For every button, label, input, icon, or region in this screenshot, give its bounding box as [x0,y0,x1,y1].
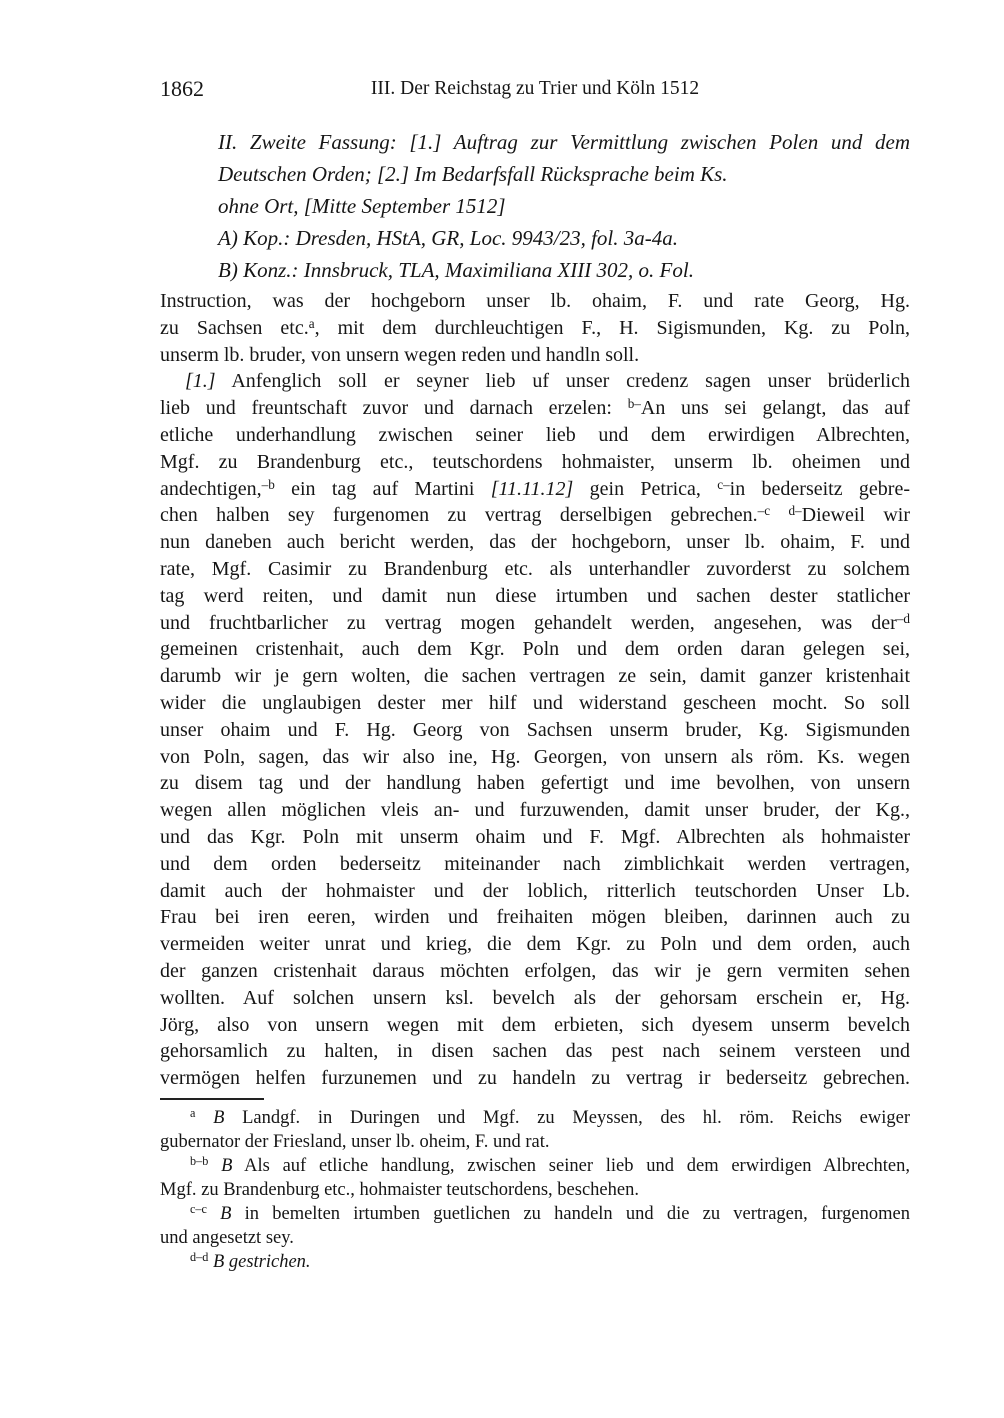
text-segment: gemeinen cristenhait, auch dem Kgr. Poln… [160,638,910,660]
text-segment [207,1204,220,1224]
text-line: unser ohaim und F. Hg. Georg von Sachsen… [160,717,910,744]
text-segment: damit auch der hohmaister und der loblic… [160,880,910,902]
text-segment: etliche underhandlung zwischen seiner li… [160,424,910,446]
apparatus-marker: –c [758,503,770,518]
text-line: Mgf. zu Brandenburg etc., hohmaister teu… [160,1178,910,1202]
text-segment: in bederseitz gebre- [730,478,910,500]
apparatus-marker: a [309,316,315,331]
text-line: gemeinen cristenhait, auch dem Kgr. Poln… [160,636,910,663]
text-block: 1862 III. Der Reichstag zu Trier und Köl… [160,0,910,1274]
text-line: tag werd reiten, und damit nun diese irt… [160,583,910,610]
italic-segment: B [221,1156,232,1176]
text-segment [195,1108,213,1128]
text-segment: An uns sei gelangt, das auf [641,397,910,419]
text-segment: gubernator der Friesland, unser lb. ohei… [160,1132,550,1152]
text-line: gubernator der Friesland, unser lb. ohei… [160,1130,910,1154]
text-line: etliche underhandlung zwischen seiner li… [160,422,910,449]
text-line: damit auch der hohmaister und der loblic… [160,878,910,905]
text-segment: Mgf. zu Brandenburg etc., hohmaister teu… [160,1180,639,1200]
text-segment: Jörg, also von unsern wegen mit dem erbi… [160,1014,910,1036]
text-segment: zu disem tag und der handlung haben gefe… [160,772,910,794]
text-line: wegen allen möglichen vleis an- und furz… [160,797,910,824]
text-line: vermeiden weiter unrat und krieg, die de… [160,931,910,958]
text-segment: gehorsamlich zu halten, in disen sachen … [160,1040,910,1062]
apparatus-marker: d– [788,503,801,518]
text-segment [208,1156,221,1176]
text-line: und dem orden bederseitz miteinander nac… [160,851,910,878]
text-segment: unser ohaim und F. Hg. Georg von Sachsen… [160,719,910,741]
source-reference-b: B) Konz.: Innsbruck, TLA, Maximiliana XI… [218,254,910,286]
text-line: vermögen helfen furzunemen und zu handel… [160,1065,910,1092]
text-segment: und das Kgr. Poln mit unserm ohaim und F… [160,826,910,848]
italic-segment: Deutschen Orden; [2.] Im Bedarfsfall Rüc… [218,162,728,186]
text-line: der ganzen cristenhait daraus möchten er… [160,958,910,985]
text-line: d–d B gestrichen. [160,1250,910,1274]
text-segment: wollten. Auf solchen unsern ksl. bevelch… [160,987,910,1009]
text-segment: und angesetzt sey. [160,1228,294,1248]
text-segment: nun daneben auch bericht werden, das der… [160,531,910,553]
text-line: lieb und freuntschaft zuvor und darnach … [160,395,910,422]
text-segment: darumb wir je gern wolten, die sachen ve… [160,665,910,687]
text-segment: ein tag auf Martini [275,478,491,500]
apparatus-marker: b–b [190,1154,208,1168]
text-segment: Dieweil wir [802,504,910,526]
text-line: nun daneben auch bericht werden, das der… [160,529,910,556]
text-line: a B Landgf. in Duringen und Mgf. zu Meys… [160,1106,910,1130]
heading-dateline: ohne Ort, [Mitte September 1512] [218,190,910,222]
text-line: und das Kgr. Poln mit unserm ohaim und F… [160,824,910,851]
text-segment: lieb und freuntschaft zuvor und darnach … [160,397,628,419]
apparatus-marker: d–d [190,1250,208,1264]
text-segment [770,504,788,526]
text-segment: chen halben sey furgenomen zu vertrag de… [160,504,758,526]
text-segment: gein Petrica, [573,478,717,500]
text-segment: Anfenglich soll er seyner lieb uf unser … [216,370,910,392]
text-segment: , mit dem durchleuchtigen F., H. Sigismu… [315,317,910,339]
document-page: 1862 III. Der Reichstag zu Trier und Köl… [0,0,1004,1418]
text-segment: und dem orden bederseitz miteinander nac… [160,853,910,875]
text-segment: in bemelten irtumben guetlichen zu hande… [231,1204,910,1224]
text-line: zu disem tag und der handlung haben gefe… [160,770,910,797]
text-line: und angesetzt sey. [160,1226,910,1250]
document-heading: II. Zweite Fassung: [1.] Auftrag zur Ver… [218,126,910,286]
running-header: 1862 III. Der Reichstag zu Trier und Köl… [160,76,910,104]
text-line: zu Sachsen etc.a, mit dem durchleuchtige… [160,315,910,342]
page-number: 1862 [160,76,204,102]
text-line: Mgf. zu Brandenburg etc., teutschordens … [160,449,910,476]
text-line: c–c B in bemelten irtumben guetlichen zu… [160,1202,910,1226]
text-line: und fruchtbarlicher zu vertrag mogen geh… [160,610,910,637]
apparatus-marker: b– [628,396,641,411]
text-line: von Poln, sagen, das wir also ine, Hg. G… [160,744,910,771]
apparatus-marker: c–c [190,1202,207,1216]
italic-segment: B [220,1204,231,1224]
apparatus-marker: –d [897,611,910,626]
italic-segment: II. Zweite Fassung: [1.] Auftrag zur Ver… [218,130,910,154]
text-line: Deutschen Orden; [2.] Im Bedarfsfall Rüc… [218,158,910,190]
text-line: chen halben sey furgenomen zu vertrag de… [160,502,910,529]
text-line: wider die unglaubigen dester mer hilf un… [160,690,910,717]
text-segment: unserm lb. bruder, von unsern wegen rede… [160,344,639,366]
text-line: Jörg, also von unsern wegen mit dem erbi… [160,1012,910,1039]
italic-segment: [11.11.12] [491,478,574,500]
text-segment: rate, Mgf. Casimir zu Brandenburg etc. a… [160,558,910,580]
text-segment: der ganzen cristenhait daraus möchten er… [160,960,910,982]
text-line: rate, Mgf. Casimir zu Brandenburg etc. a… [160,556,910,583]
text-segment: wider die unglaubigen dester mer hilf un… [160,692,910,714]
apparatus-marker: a [190,1106,195,1120]
apparatus-marker: c– [717,477,729,492]
text-segment: tag werd reiten, und damit nun diese irt… [160,585,910,607]
text-line: Instruction, was der hochgeborn unser lb… [160,288,910,315]
italic-segment: B [213,1108,224,1128]
text-segment: vermeiden weiter unrat und krieg, die de… [160,933,910,955]
italic-segment: B gestrichen. [213,1252,311,1272]
text-segment: und fruchtbarlicher zu vertrag mogen geh… [160,612,897,634]
text-line: darumb wir je gern wolten, die sachen ve… [160,663,910,690]
text-segment: andechtigen, [160,478,262,500]
italic-segment: [1.] [185,370,216,392]
text-line: gehorsamlich zu halten, in disen sachen … [160,1038,910,1065]
text-line: wollten. Auf solchen unsern ksl. bevelch… [160,985,910,1012]
text-segment: wegen allen möglichen vleis an- und furz… [160,799,910,821]
text-line: II. Zweite Fassung: [1.] Auftrag zur Ver… [218,126,910,158]
text-segment: Frau bei iren eeren, wirden und freihait… [160,906,910,928]
heading-title: II. Zweite Fassung: [1.] Auftrag zur Ver… [218,126,910,190]
running-title: III. Der Reichstag zu Trier und Köln 151… [160,76,910,102]
text-line: unserm lb. bruder, von unsern wegen rede… [160,342,910,369]
footnote-separator [160,1098,264,1100]
text-segment: Landgf. in Duringen und Mgf. zu Meyssen,… [224,1108,910,1128]
apparatus-marker: –b [262,477,275,492]
footnotes: a B Landgf. in Duringen und Mgf. zu Meys… [160,1106,910,1274]
text-segment: von Poln, sagen, das wir also ine, Hg. G… [160,746,910,768]
body-text: Instruction, was der hochgeborn unser lb… [160,288,910,1092]
text-segment: Instruction, was der hochgeborn unser lb… [160,290,910,312]
text-line: [1.] Anfenglich soll er seyner lieb uf u… [160,368,910,395]
text-segment: Als auf etliche handlung, zwischen seine… [232,1156,910,1176]
text-segment: Mgf. zu Brandenburg etc., teutschordens … [160,451,910,473]
source-reference-a: A) Kop.: Dresden, HStA, GR, Loc. 9943/23… [218,222,910,254]
text-line: b–b B Als auf etliche handlung, zwischen… [160,1154,910,1178]
text-segment: zu Sachsen etc. [160,317,309,339]
text-segment: vermögen helfen furzunemen und zu handel… [160,1067,910,1089]
text-line: Frau bei iren eeren, wirden und freihait… [160,904,910,931]
text-line: andechtigen,–b ein tag auf Martini [11.1… [160,476,910,503]
